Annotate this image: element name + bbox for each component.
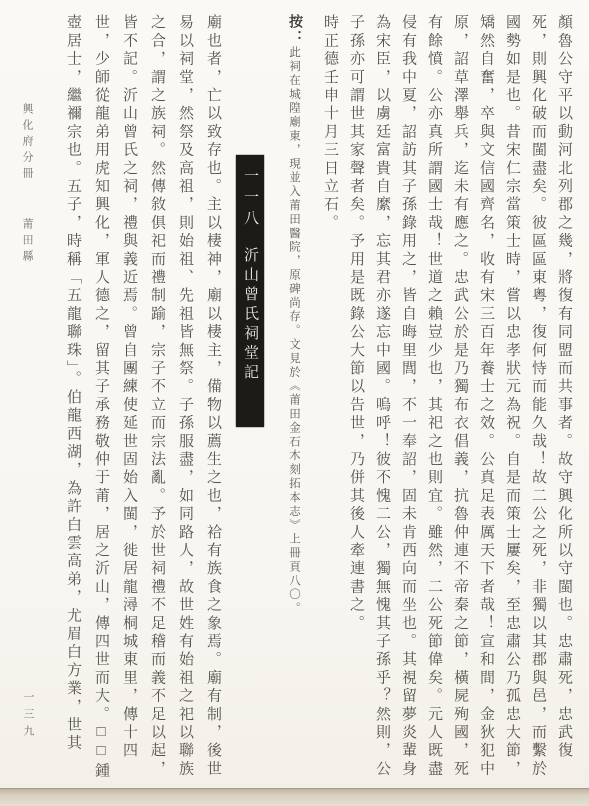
text-column: 為宋臣，以虜廷富貴自縻，忘其君亦遂忘中國。嗚呼！彼不愧二公，獨無愧其子孫乎？然則… xyxy=(369,14,395,790)
text-column: 有餘憤。公亦真所謂國士哉！世道之賴豈少也，其祀之也則宜。雖然，二公死節偉矣。元人… xyxy=(421,14,447,790)
article-title-block: 一一八 沂山曾氏祠堂記 xyxy=(236,155,264,427)
note-prefix: 按： xyxy=(287,14,302,46)
text-column: 侵有我中夏，詔訪其子孫錄用之，皆自晦里閭，不一奉詔，固未肯西向而坐也。其視留夢炎… xyxy=(395,14,421,790)
text-column: 原，詔草澤舉兵，迄未有應之。忠武公於是乃獨布衣倡義，抗魯仲連不帝秦之節，橫屍殉國… xyxy=(447,14,473,790)
editor-note: 按：此祠在城隍廟東，現並入莆田醫院，原碑尚存。文見於《莆田金石木刻拓本志》上冊頁… xyxy=(281,14,307,790)
volume-label: 興化府分冊 xyxy=(21,103,33,183)
scan-edge-band xyxy=(0,788,589,806)
right-article-text: 顏魯公守平以動河北列郡之幾，將復有同盟而共事者。故守興化所以守閩也。忠肅死，忠武… xyxy=(281,14,577,790)
text-column: 顏魯公守平以動河北列郡之幾，將復有同盟而共事者。故守興化所以守閩也。忠肅死，忠武… xyxy=(551,14,577,790)
article-number: 一一八 xyxy=(236,168,264,231)
text-column: 矯然自奮，卒與文信國齊名，收有宋三百年養士之效。公真足表厲天下者哉！宣和間，金狄… xyxy=(473,14,499,790)
text-column: 皆不記。沂山曾氏之祠，禮與義近焉。曾自團練使延世固始入閩，徙居龍潯桐城東里，傳十… xyxy=(115,14,143,790)
text-column: 廟也者，亡以致存也。主以棲神，廟以棲主，備物以薦生之也，袷有族食之象焉。廟有制，… xyxy=(199,14,227,790)
text-column: 國勢如是也。昔宋仁宗當策士時，嘗以忠孝狀元為祝。自是而策士屢矣，至忠肅公乃孤忠大… xyxy=(499,14,525,790)
left-article-text: 廟也者，亡以致存也。主以棲神，廟以棲主，備物以薦生之也，袷有族食之象焉。廟有制，… xyxy=(59,14,227,790)
text-column: 世，少師從龍弟用虎知興化，軍人德之，留其子承務敬仲于莆，居之沂山，傳四世而大。□… xyxy=(87,14,115,790)
text-column: 壺居士，繼禰宗也。五子，時稱「五龍聯珠」。伯龍西湖，為許白雲高弟，尤眉白方業，世… xyxy=(59,14,87,790)
note-text: 此祠在城隍廟東，現並入莆田醫院，原碑尚存。文見於《莆田金石木刻拓本志》上冊頁八〇… xyxy=(288,46,300,616)
text-column: 之合，謂之族祠。然傳敘俱祀而禮制踰，宗子不立而宗法亂。予於世祠禮不足稽而義不足以… xyxy=(143,14,171,790)
text-column: 易以祠堂，然祭及高祖，則始祖、先祖皆無祭。子孫服盡，如同路人，故世姓有始祖之祀以… xyxy=(171,14,199,790)
scanned-book-page: 顏魯公守平以動河北列郡之幾，將復有同盟而共事者。故守興化所以守閩也。忠肅死，忠武… xyxy=(0,0,589,806)
text-column: 死，則興化破而閩盡矣。彼區區東粵，復何恃而能久哉！故二公之死，非獨以其郡與邑，而… xyxy=(525,14,551,790)
page-number: 一三九 xyxy=(20,691,36,742)
date-column: 時正德壬申十月三日立石。 xyxy=(317,14,343,790)
book-margin-label: 興化府分冊 莆田縣 xyxy=(19,103,35,266)
article-title: 沂山曾氏祠堂記 xyxy=(236,247,264,384)
text-column: 子孫亦可謂世其家聲者矣。予用是既錄公大節以告世，乃併其後人牽連書之。 xyxy=(343,14,369,790)
county-label: 莆田縣 xyxy=(21,218,33,266)
